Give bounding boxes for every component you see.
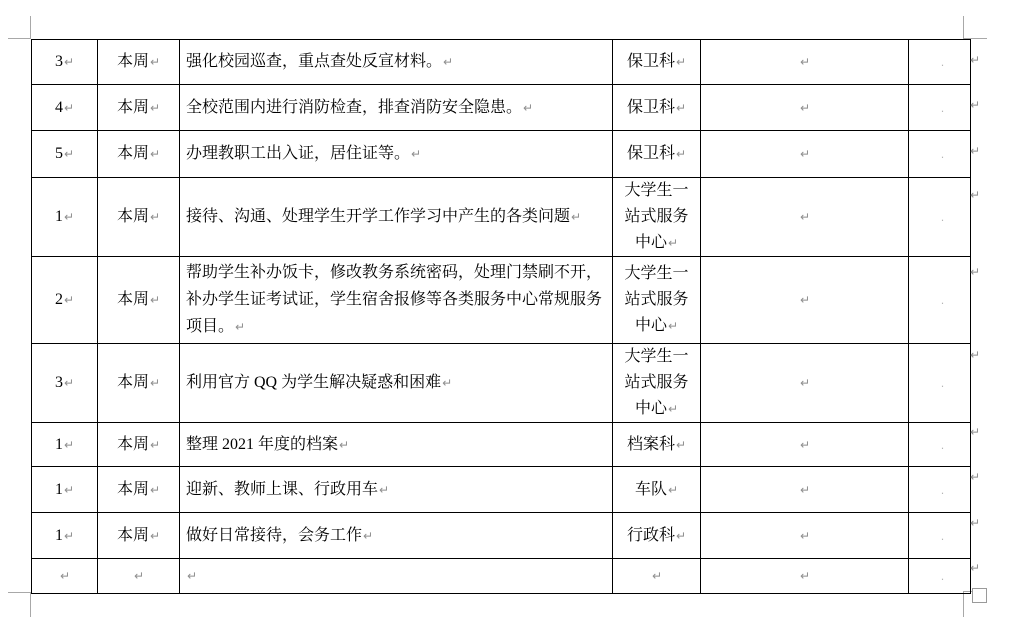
cell-empty-narrow[interactable]: · [909,513,971,559]
end-of-cell-mark: ↵ [149,376,160,390]
end-of-cell-mark: ↵ [799,55,810,69]
end-of-cell-mark: ↵ [59,569,70,583]
cell-period[interactable]: 本周↵ [98,131,180,178]
task-text: 迎新、教师上课、行政用车 [186,481,378,498]
cell-empty-narrow[interactable]: · [909,344,971,423]
table-row: 2↵ 本周↵ 帮助学生补办饭卡，修改教务系统密码，处理门禁刷不开，补办学生证考试… [32,257,971,344]
number-text: 2 [55,291,63,308]
end-of-cell-mark: ↵ [133,569,144,583]
department-text: 保卫科 [627,145,675,162]
cell-task[interactable]: ↵ [180,559,613,594]
end-of-cell-mark: ↵ [799,101,810,115]
cell-empty[interactable]: ↵ [701,85,909,131]
cell-empty-narrow[interactable]: · [909,559,971,594]
number-text: 1 [55,481,63,498]
department-text: 保卫科 [627,99,675,116]
cell-period[interactable]: 本周↵ [98,344,180,423]
page-margin-corner-bottom-left [8,592,31,617]
cell-number[interactable]: 1↵ [32,467,98,513]
table-row: 4↵ 本周↵ 全校范围内进行消防检查，排查消防安全隐患。↵ 保卫科↵ ↵ · [32,85,971,131]
cell-period[interactable]: 本周↵ [98,85,180,131]
space-dot-mark: · [941,380,945,393]
table-row: 5↵ 本周↵ 办理教职工出入证，居住证等。↵ 保卫科↵ ↵ · [32,131,971,178]
space-dot-mark: · [941,214,945,227]
cell-empty[interactable]: ↵ [701,467,909,513]
cell-empty-narrow[interactable]: · [909,423,971,467]
cell-department[interactable]: 大学生一站式服务中心↵ [613,257,701,344]
end-of-cell-mark: ↵ [149,483,160,497]
cell-period[interactable]: ↵ [98,559,180,594]
end-of-cell-mark: ↵ [362,529,373,543]
end-of-row-mark: ↵ [970,516,980,530]
cell-empty-narrow[interactable]: · [909,178,971,257]
end-of-cell-mark: ↵ [234,320,245,334]
end-of-cell-mark: ↵ [441,376,452,390]
task-text: 做好日常接待，会务工作 [186,527,362,544]
cell-task[interactable]: 办理教职工出入证，居住证等。↵ [180,131,613,178]
end-of-cell-mark: ↵ [799,293,810,307]
cell-empty-narrow[interactable]: · [909,85,971,131]
end-of-cell-mark: ↵ [149,147,160,161]
end-of-row-mark: ↵ [970,53,980,67]
end-of-cell-mark: ↵ [149,438,160,452]
department-text: 保卫科 [627,53,675,70]
cell-task[interactable]: 做好日常接待，会务工作↵ [180,513,613,559]
end-of-cell-mark: ↵ [799,529,810,543]
cell-department[interactable]: 大学生一站式服务中心↵ [613,344,701,423]
period-text: 本周 [117,481,149,498]
end-of-cell-mark: ↵ [799,483,810,497]
period-text: 本周 [117,374,149,391]
task-text: 全校范围内进行消防检查，排查消防安全隐患。 [186,99,522,116]
table-row: 3↵ 本周↵ 利用官方 QQ 为学生解决疑惑和困难↵ 大学生一站式服务中心↵ ↵… [32,344,971,423]
end-of-cell-mark: ↵ [149,529,160,543]
number-text: 5 [55,145,63,162]
cell-number[interactable]: 2↵ [32,257,98,344]
end-of-cell-mark: ↵ [799,210,810,224]
cell-empty[interactable]: ↵ [701,131,909,178]
table-row: 1↵ 本周↵ 接待、沟通、处理学生开学工作学习中产生的各类问题↵ 大学生一站式服… [32,178,971,257]
cell-department[interactable]: ↵ [613,559,701,594]
cell-department[interactable]: 行政科↵ [613,513,701,559]
cell-empty-narrow[interactable]: · [909,131,971,178]
table-row-empty: ↵ ↵ ↵ ↵ ↵ · [32,559,971,594]
end-of-cell-mark: ↵ [799,438,810,452]
cell-number[interactable]: 1↵ [32,513,98,559]
cell-task[interactable]: 强化校园巡查，重点查处反宣材料。↵ [180,40,613,85]
cell-empty[interactable]: ↵ [701,257,909,344]
end-of-cell-mark: ↵ [667,402,678,416]
task-text: 强化校园巡查，重点查处反宣材料。 [186,53,442,70]
period-text: 本周 [117,208,149,225]
end-of-row-mark: ↵ [970,348,980,362]
end-of-cell-mark: ↵ [442,55,453,69]
object-anchor-square [972,588,987,603]
cell-number[interactable]: 3↵ [32,40,98,85]
period-text: 本周 [117,145,149,162]
space-dot-mark: · [941,59,945,72]
table-row: 1↵ 本周↵ 整理 2021 年度的档案↵ 档案科↵ ↵ · [32,423,971,467]
cell-task[interactable]: 全校范围内进行消防检查，排查消防安全隐患。↵ [180,85,613,131]
task-text: 帮助学生补办饭卡，修改教务系统密码，处理门禁刷不开，补办学生证考试证，学生宿舍报… [186,264,602,335]
table-row: 1↵ 本周↵ 做好日常接待，会务工作↵ 行政科↵ ↵ · [32,513,971,559]
end-of-cell-mark: ↵ [63,438,74,452]
end-of-cell-mark: ↵ [522,101,533,115]
cell-period[interactable]: 本周↵ [98,513,180,559]
cell-number[interactable]: 3↵ [32,344,98,423]
cell-number[interactable]: 5↵ [32,131,98,178]
cell-period[interactable]: 本周↵ [98,178,180,257]
end-of-cell-mark: ↵ [63,55,74,69]
table-row: 3↵ 本周↵ 强化校园巡查，重点查处反宣材料。↵ 保卫科↵ ↵ · [32,40,971,85]
cell-department[interactable]: 保卫科↵ [613,131,701,178]
table-row: 1↵ 本周↵ 迎新、教师上课、行政用车↵ 车队↵ ↵ · [32,467,971,513]
end-of-cell-mark: ↵ [675,529,686,543]
page-margin-corner-top-right [963,16,987,39]
end-of-cell-mark: ↵ [799,376,810,390]
end-of-row-mark: ↵ [970,265,980,279]
end-of-cell-mark: ↵ [378,483,389,497]
department-text: 车队 [635,481,667,498]
department-text: 大学生一站式服务中心 [624,182,688,251]
space-dot-mark: · [941,442,945,455]
cell-number[interactable]: ↵ [32,559,98,594]
cell-department[interactable]: 保卫科↵ [613,40,701,85]
end-of-cell-mark: ↵ [667,236,678,250]
cell-department[interactable]: 档案科↵ [613,423,701,467]
end-of-cell-mark: ↵ [149,210,160,224]
number-text: 1 [55,436,63,453]
cell-empty[interactable]: ↵ [701,559,909,594]
task-text: 接待、沟通、处理学生开学工作学习中产生的各类问题 [186,208,570,225]
department-text: 档案科 [627,436,675,453]
cell-empty-narrow[interactable]: · [909,257,971,344]
cell-task[interactable]: 利用官方 QQ 为学生解决疑惑和困难↵ [180,344,613,423]
number-text: 4 [55,99,63,116]
space-dot-mark: · [941,533,945,546]
cell-department[interactable]: 保卫科↵ [613,85,701,131]
cell-number[interactable]: 4↵ [32,85,98,131]
end-of-row-mark: ↵ [970,144,980,158]
end-of-cell-mark: ↵ [186,569,197,583]
space-dot-mark: · [941,151,945,164]
end-of-row-mark: ↵ [970,188,980,202]
end-of-cell-mark: ↵ [667,483,678,497]
department-text: 大学生一站式服务中心 [624,348,688,417]
number-text: 3 [55,374,63,391]
end-of-cell-mark: ↵ [410,147,421,161]
cell-task[interactable]: 接待、沟通、处理学生开学工作学习中产生的各类问题↵ [180,178,613,257]
number-text: 1 [55,527,63,544]
end-of-row-mark: ↵ [970,561,980,575]
cell-task[interactable]: 整理 2021 年度的档案↵ [180,423,613,467]
cell-number[interactable]: 1↵ [32,178,98,257]
space-dot-mark: · [941,105,945,118]
cell-department[interactable]: 车队↵ [613,467,701,513]
end-of-row-mark: ↵ [970,425,980,439]
task-text: 利用官方 QQ 为学生解决疑惑和困难 [186,374,441,391]
end-of-cell-mark: ↵ [799,569,810,583]
cell-task[interactable]: 帮助学生补办饭卡，修改教务系统密码，处理门禁刷不开，补办学生证考试证，学生宿舍报… [180,257,613,344]
department-text: 大学生一站式服务中心 [624,265,688,334]
period-text: 本周 [117,436,149,453]
end-of-cell-mark: ↵ [799,147,810,161]
cell-empty[interactable]: ↵ [701,40,909,85]
cell-number[interactable]: 1↵ [32,423,98,467]
end-of-cell-mark: ↵ [63,483,74,497]
number-text: 3 [55,53,63,70]
end-of-cell-mark: ↵ [667,319,678,333]
end-of-cell-mark: ↵ [570,210,581,224]
end-of-cell-mark: ↵ [149,293,160,307]
period-text: 本周 [117,527,149,544]
cell-empty[interactable]: ↵ [701,423,909,467]
period-text: 本周 [117,291,149,308]
end-of-cell-mark: ↵ [651,569,662,583]
end-of-cell-mark: ↵ [675,101,686,115]
end-of-row-mark: ↵ [970,98,980,112]
end-of-cell-mark: ↵ [338,438,349,452]
end-of-cell-mark: ↵ [63,210,74,224]
end-of-cell-mark: ↵ [675,147,686,161]
space-dot-mark: · [941,573,945,586]
cell-period[interactable]: 本周↵ [98,423,180,467]
cell-empty-narrow[interactable]: · [909,40,971,85]
end-of-cell-mark: ↵ [675,438,686,452]
number-text: 1 [55,208,63,225]
page-margin-corner-top-left [8,16,31,39]
cell-period[interactable]: 本周↵ [98,257,180,344]
end-of-row-mark: ↵ [970,470,980,484]
end-of-cell-mark: ↵ [63,101,74,115]
task-text: 办理教职工出入证，居住证等。 [186,145,410,162]
end-of-cell-mark: ↵ [149,55,160,69]
end-of-cell-mark: ↵ [675,55,686,69]
cell-task[interactable]: 迎新、教师上课、行政用车↵ [180,467,613,513]
end-of-cell-mark: ↵ [149,101,160,115]
end-of-cell-mark: ↵ [63,293,74,307]
end-of-cell-mark: ↵ [63,147,74,161]
space-dot-mark: · [941,297,945,310]
cell-empty[interactable]: ↵ [701,178,909,257]
cell-period[interactable]: 本周↵ [98,40,180,85]
space-dot-mark: · [941,487,945,500]
task-text: 整理 2021 年度的档案 [186,436,338,453]
cell-empty-narrow[interactable]: · [909,467,971,513]
word-document-page: { "chars": { "cell_end_mark": "↵", "row_… [0,0,1013,635]
end-of-cell-mark: ↵ [63,529,74,543]
cell-empty[interactable]: ↵ [701,513,909,559]
cell-period[interactable]: 本周↵ [98,467,180,513]
work-schedule-table: 3↵ 本周↵ 强化校园巡查，重点查处反宣材料。↵ 保卫科↵ ↵ · 4↵ 本周↵… [31,39,971,594]
cell-department[interactable]: 大学生一站式服务中心↵ [613,178,701,257]
department-text: 行政科 [627,527,675,544]
period-text: 本周 [117,99,149,116]
period-text: 本周 [117,53,149,70]
end-of-cell-mark: ↵ [63,376,74,390]
cell-empty[interactable]: ↵ [701,344,909,423]
